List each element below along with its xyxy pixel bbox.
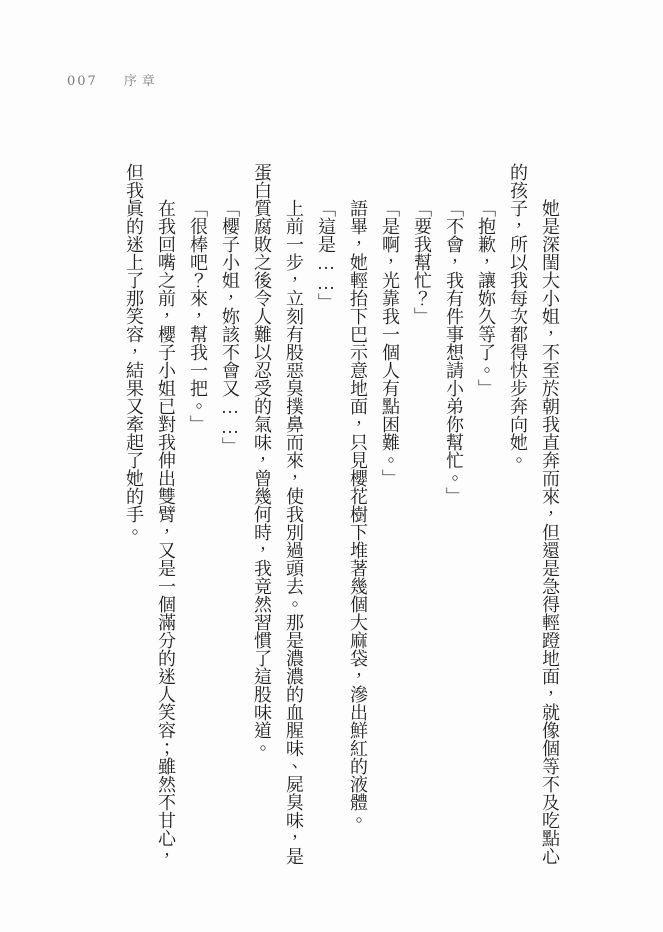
paragraph-narration: 她是深閨大小姐，不至於朝我直奔而來，但還是急得輕蹬地面，就像個等不及吃點心的孩子… [502, 163, 566, 865]
chapter-title: 序章 [124, 70, 160, 89]
paragraph-dialogue: 「櫻子小姐，妳該不會又……」 [214, 163, 246, 865]
paragraph-dialogue: 「不會，我有件事想請小弟你幫忙。」 [438, 163, 470, 865]
running-head: 007 序章 [67, 70, 160, 89]
paragraph-narration: 語畢，她輕抬下巴示意地面，只見櫻花樹下堆著幾個大麻袋，滲出鮮紅的液體。 [342, 163, 374, 865]
paragraph-dialogue: 「要我幫忙？」 [406, 163, 438, 865]
paragraph-dialogue: 「這是……」 [310, 163, 342, 865]
paragraph-dialogue: 「抱歉，讓妳久等了。」 [470, 163, 502, 865]
paragraph-narration: 上前一步，立刻有股惡臭撲鼻而來，使我別過頭去。那是濃濃的血腥味、屍臭味，是蛋白質… [246, 163, 310, 865]
paragraph-narration: 在我回嘴之前，櫻子小姐已對我伸出雙臂，又是一個滿分的迷人笑容；雖然不甘心，但我眞… [118, 163, 182, 865]
paragraph-dialogue: 「很棒吧？來，幫我一把。」 [182, 163, 214, 865]
page-number: 007 [67, 74, 98, 89]
book-page: 007 序章 她是深閨大小姐，不至於朝我直奔而來，但還是急得輕蹬地面，就像個等不… [0, 0, 663, 932]
page-body-vertical-text: 她是深閨大小姐，不至於朝我直奔而來，但還是急得輕蹬地面，就像個等不及吃點心的孩子… [118, 163, 566, 865]
paragraph-dialogue: 「是啊，光靠我一個人有點困難。」 [374, 163, 406, 865]
